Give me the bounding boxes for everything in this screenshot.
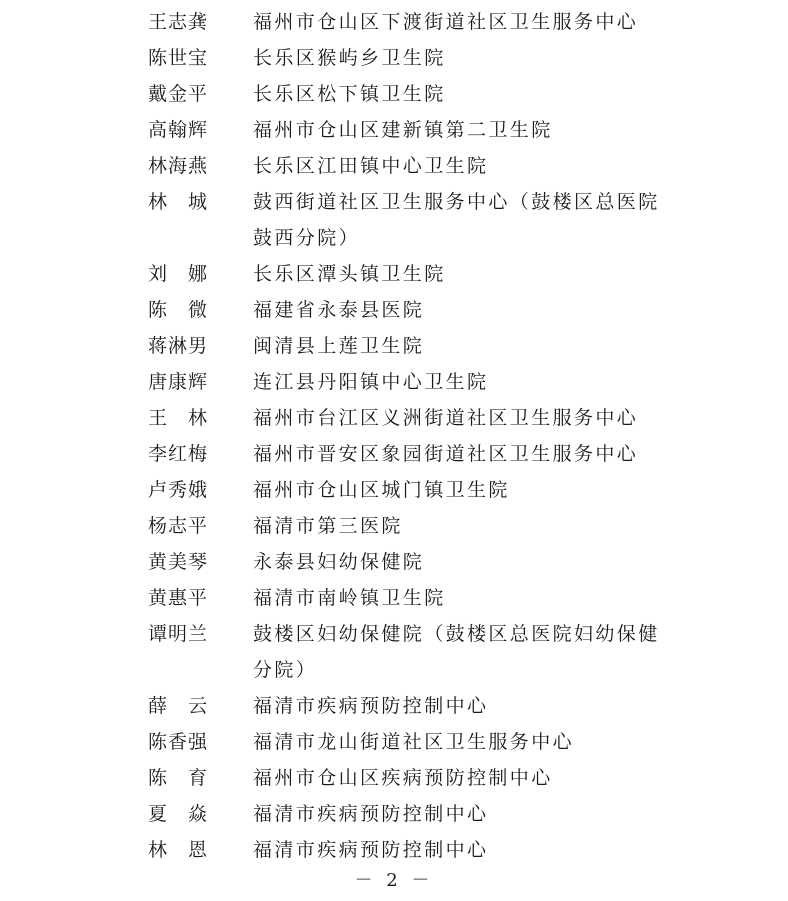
person-name: 唐康辉 xyxy=(148,364,253,400)
list-item: 高翰辉福州市仓山区建新镇第二卫生院 xyxy=(148,112,668,148)
person-name: 林 恩 xyxy=(148,832,253,868)
list-item: 谭明兰鼓楼区妇幼保健院（鼓楼区总医院妇幼保健分院） xyxy=(148,616,668,688)
list-item: 薛 云福清市疾病预防控制中心 xyxy=(148,688,668,724)
person-name: 夏 焱 xyxy=(148,796,253,832)
list-item: 夏 焱福清市疾病预防控制中心 xyxy=(148,796,668,832)
person-name: 谭明兰 xyxy=(148,616,253,652)
list-item: 陈 育福州市仓山区疾病预防控制中心 xyxy=(148,760,668,796)
organization: 福清市第三医院 xyxy=(253,508,663,544)
organization: 长乐区江田镇中心卫生院 xyxy=(253,148,663,184)
organization: 福州市仓山区城门镇卫生院 xyxy=(253,472,663,508)
organization: 福清市疾病预防控制中心 xyxy=(253,688,663,724)
person-name: 林 城 xyxy=(148,184,253,220)
organization: 长乐区猴屿乡卫生院 xyxy=(253,40,663,76)
organization: 福州市仓山区疾病预防控制中心 xyxy=(253,760,663,796)
page-number: － 2 － xyxy=(0,866,788,892)
organization: 福清市疾病预防控制中心 xyxy=(253,832,663,868)
person-name: 杨志平 xyxy=(148,508,253,544)
person-name: 黄惠平 xyxy=(148,580,253,616)
list-item: 李红梅福州市晋安区象园街道社区卫生服务中心 xyxy=(148,436,668,472)
person-name: 卢秀娥 xyxy=(148,472,253,508)
person-name: 王 林 xyxy=(148,400,253,436)
list-item: 刘 娜长乐区潭头镇卫生院 xyxy=(148,256,668,292)
list-item: 杨志平福清市第三医院 xyxy=(148,508,668,544)
name-list: 王志龚福州市仓山区下渡街道社区卫生服务中心 陈世宝长乐区猴屿乡卫生院 戴金平长乐… xyxy=(148,4,668,868)
list-item: 林 恩福清市疾病预防控制中心 xyxy=(148,832,668,868)
person-name: 陈 微 xyxy=(148,292,253,328)
person-name: 王志龚 xyxy=(148,4,253,40)
organization: 永泰县妇幼保健院 xyxy=(253,544,663,580)
list-item: 卢秀娥福州市仓山区城门镇卫生院 xyxy=(148,472,668,508)
list-item: 王志龚福州市仓山区下渡街道社区卫生服务中心 xyxy=(148,4,668,40)
person-name: 戴金平 xyxy=(148,76,253,112)
list-item: 唐康辉连江县丹阳镇中心卫生院 xyxy=(148,364,668,400)
organization: 福州市仓山区建新镇第二卫生院 xyxy=(253,112,663,148)
list-item: 蒋淋男闽清县上莲卫生院 xyxy=(148,328,668,364)
organization: 长乐区松下镇卫生院 xyxy=(253,76,663,112)
organization: 福州市晋安区象园街道社区卫生服务中心 xyxy=(253,436,663,472)
person-name: 高翰辉 xyxy=(148,112,253,148)
person-name: 陈世宝 xyxy=(148,40,253,76)
organization: 闽清县上莲卫生院 xyxy=(253,328,663,364)
person-name: 薛 云 xyxy=(148,688,253,724)
list-item: 陈 微福建省永泰县医院 xyxy=(148,292,668,328)
person-name: 林海燕 xyxy=(148,148,253,184)
list-item: 陈世宝长乐区猴屿乡卫生院 xyxy=(148,40,668,76)
organization: 福州市仓山区下渡街道社区卫生服务中心 xyxy=(253,4,663,40)
organization: 福清市龙山街道社区卫生服务中心 xyxy=(253,724,663,760)
organization: 鼓楼区妇幼保健院（鼓楼区总医院妇幼保健分院） xyxy=(253,616,663,688)
list-item: 王 林福州市台江区义洲街道社区卫生服务中心 xyxy=(148,400,668,436)
person-name: 蒋淋男 xyxy=(148,328,253,364)
list-item: 黄惠平福清市南岭镇卫生院 xyxy=(148,580,668,616)
person-name: 陈 育 xyxy=(148,760,253,796)
person-name: 李红梅 xyxy=(148,436,253,472)
list-item: 黄美琴永泰县妇幼保健院 xyxy=(148,544,668,580)
person-name: 陈香强 xyxy=(148,724,253,760)
organization: 连江县丹阳镇中心卫生院 xyxy=(253,364,663,400)
organization: 鼓西街道社区卫生服务中心（鼓楼区总医院鼓西分院） xyxy=(253,184,663,256)
person-name: 刘 娜 xyxy=(148,256,253,292)
list-item: 戴金平长乐区松下镇卫生院 xyxy=(148,76,668,112)
list-item: 陈香强福清市龙山街道社区卫生服务中心 xyxy=(148,724,668,760)
list-item: 林海燕长乐区江田镇中心卫生院 xyxy=(148,148,668,184)
list-item: 林 城鼓西街道社区卫生服务中心（鼓楼区总医院鼓西分院） xyxy=(148,184,668,256)
organization: 长乐区潭头镇卫生院 xyxy=(253,256,663,292)
organization: 福清市疾病预防控制中心 xyxy=(253,796,663,832)
organization: 福清市南岭镇卫生院 xyxy=(253,580,663,616)
organization: 福州市台江区义洲街道社区卫生服务中心 xyxy=(253,400,663,436)
organization: 福建省永泰县医院 xyxy=(253,292,663,328)
person-name: 黄美琴 xyxy=(148,544,253,580)
